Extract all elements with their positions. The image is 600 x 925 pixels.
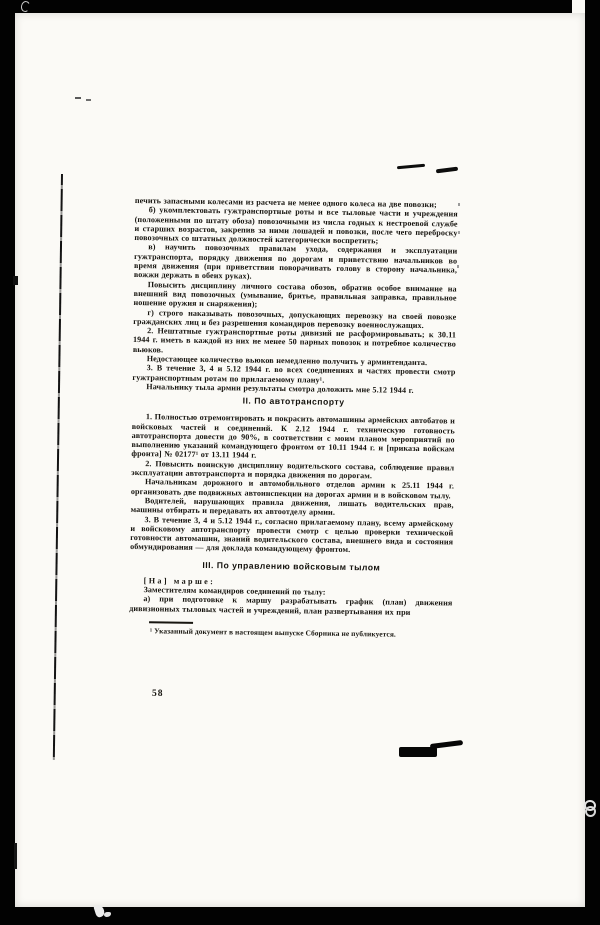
scan-corner-notch	[572, 0, 585, 14]
scan-speck	[458, 203, 460, 206]
section-heading-autotransport: II. По автотранспорту	[132, 394, 455, 409]
border-rosette-mark	[584, 800, 596, 816]
scan-speck	[75, 97, 81, 99]
document-paragraph: 1. Полностью отремонтировать и покрасить…	[131, 412, 455, 463]
pen-mark-dash	[397, 164, 425, 169]
document-paragraph: б) укомплектовать гужтранспортные роты и…	[134, 205, 457, 247]
border-white-speck	[104, 912, 111, 917]
document-page: печить запасными колесами из расчета не …	[15, 13, 585, 907]
section-heading-rear-control: III. По управлению войсковым тылом	[130, 559, 453, 574]
rosette-ring	[585, 806, 596, 817]
scan-edge-nub	[14, 843, 17, 869]
text-column: печить запасными колесами из расчета не …	[129, 196, 458, 640]
document-paragraph: 3. В течение 3, 4 и 5.12 1944 г., соглас…	[130, 514, 453, 556]
footnote-separator	[149, 621, 193, 624]
document-paragraph: в) научить повозочных правилам ухода, со…	[134, 242, 457, 284]
scan-edge-nub	[13, 276, 18, 285]
page-number: 58	[152, 689, 164, 699]
scan-speck	[458, 231, 460, 234]
section-autotransport: 1. Полностью отремонтировать и покрасить…	[130, 412, 455, 556]
page-crease-line	[53, 174, 63, 760]
scan-speck	[457, 265, 459, 268]
document-paragraph: а) при подготовке к маршу разрабатывать …	[129, 594, 452, 617]
pen-mark-stroke	[430, 740, 463, 749]
border-scribble-mark	[20, 0, 31, 13]
pen-mark-dash	[436, 167, 458, 174]
footnote: ¹ Указанный документ в настоящем выпуске…	[129, 627, 452, 640]
section-gouge-transport: печить запасными колесами из расчета не …	[132, 196, 458, 396]
document-paragraph: Повысить дисциплину личного состава обоз…	[133, 280, 456, 312]
book-scan: { "colors": { "background": "#020202", "…	[0, 0, 600, 925]
scan-speck	[86, 99, 91, 101]
document-paragraph: 2. Нештатные гужтранспортные роты дивизи…	[133, 326, 456, 358]
section-rear-control: [На] марше:Заместителям командиров соеди…	[129, 576, 452, 618]
